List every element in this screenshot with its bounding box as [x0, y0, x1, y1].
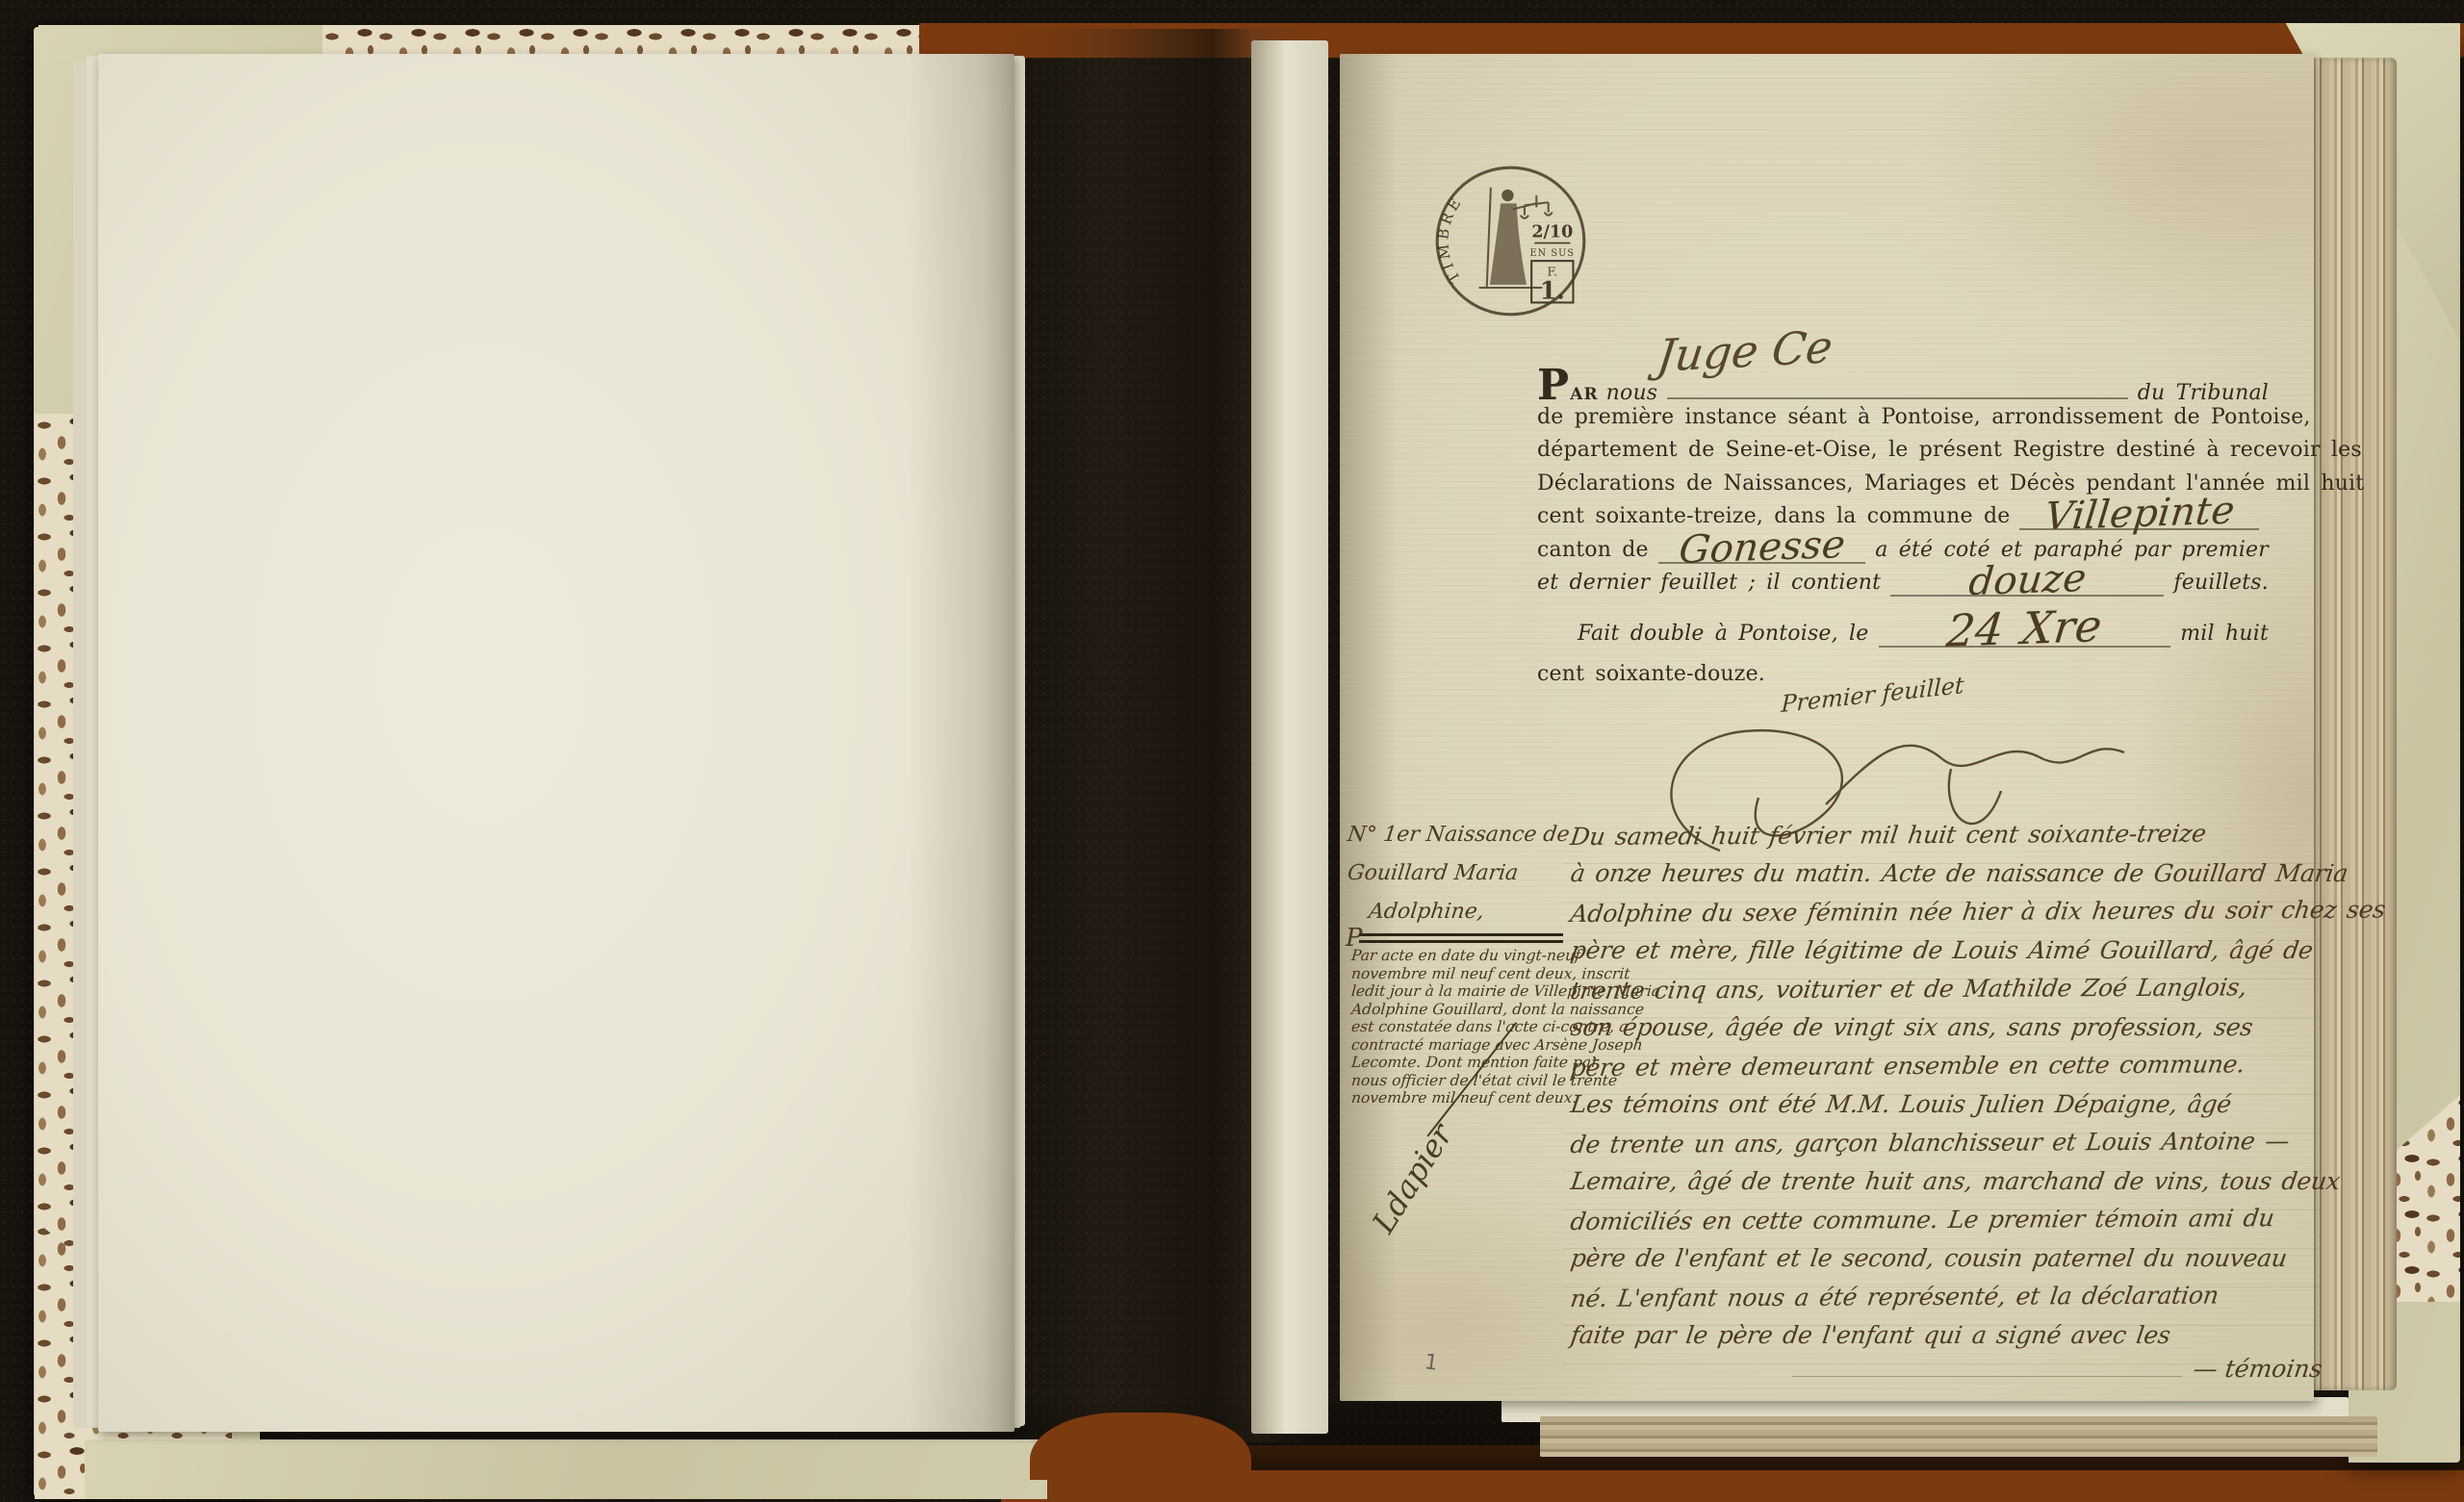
- svg-text:2/10: 2/10: [1531, 222, 1573, 242]
- timbre-fiscal-stamp: TIMBRE 2/10 EN SUS F. 1.: [1431, 162, 1590, 320]
- header-line-5: cent soixante-treize, dans la commune de…: [1537, 504, 2269, 538]
- fill-in-blank-commune: Villepinte: [2019, 504, 2259, 530]
- left-blank-page: [98, 54, 1014, 1432]
- drop-cap: P: [1537, 371, 1569, 400]
- act-line: trente cinq ans, voiturier et de Mathild…: [1568, 968, 2324, 1010]
- svg-text:1.: 1.: [1540, 276, 1565, 304]
- act-line: Du samedi huit février mil huit cent soi…: [1568, 814, 2324, 856]
- svg-text:EN SUS: EN SUS: [1529, 248, 1575, 259]
- act-margin-line: Gouillard Maria: [1346, 854, 1572, 893]
- birth-act-body: Du samedi huit février mil huit cent soi…: [1571, 816, 2322, 1355]
- strike-through-lines: [1359, 933, 1563, 947]
- act-line: à onze heures du matin. Acte de naissanc…: [1568, 854, 2324, 893]
- act-line: né. L'enfant nous a été représenté, et l…: [1568, 1276, 2324, 1318]
- fill-in-blank-judge: [1667, 397, 2127, 399]
- act-line: père et mère, fille légitime de Louis Ai…: [1568, 931, 2324, 970]
- act-line: domiciliés en cette commune. Le premier …: [1568, 1199, 2324, 1241]
- cradle-top-rail: [919, 23, 2464, 58]
- header-line-1: PAR nous du Tribunal: [1537, 371, 2269, 405]
- handwritten-commune: Villepinte: [2044, 511, 2234, 518]
- gutter-flyleaf-edge: [1251, 40, 1328, 1434]
- header-line-6: canton de Gonesse a été coté et paraphé …: [1537, 538, 2269, 572]
- header-line-8: Fait double à Pontoise, le 24 Xre mil hu…: [1578, 622, 2269, 655]
- fill-in-blank-date: 24 Xre: [1879, 622, 2171, 648]
- act-line: faite par le père de l'enfant qui a sign…: [1568, 1316, 2324, 1355]
- witnesses-word: — témoins: [2191, 1355, 2323, 1383]
- act-line: père et mère demeurant ensemble en cette…: [1568, 1045, 2324, 1087]
- handwritten-canton: Gonesse: [1679, 545, 1844, 550]
- handwritten-judge-name: Juge Ce: [1655, 320, 1835, 382]
- right-register-page: TIMBRE 2/10 EN SUS F. 1.: [1340, 54, 2314, 1401]
- fill-in-blank-feuillets: douze: [1890, 571, 2164, 597]
- closing-rule: [1792, 1376, 2182, 1377]
- act-line: de trente un ans, garçon blanchisseur et…: [1568, 1122, 2324, 1164]
- fill-in-blank-canton: Gonesse: [1658, 538, 1866, 564]
- header-line-2: de première instance séant à Pontoise, a…: [1537, 405, 2269, 439]
- act-margin-line: Adolphine,: [1346, 893, 1572, 931]
- stamp-timbre-label: TIMBRE: [1434, 192, 1466, 286]
- header-line-7: et dernier feuillet ; il contient douze …: [1537, 571, 2269, 604]
- act-line: père de l'enfant et le second, cousin pa…: [1568, 1239, 2324, 1278]
- act-line: Lemaire, âgé de trente huit ans, marchan…: [1568, 1162, 2324, 1201]
- scanned-register-photo: TIMBRE 2/10 EN SUS F. 1.: [0, 0, 2464, 1502]
- cradle-wood-in-gutter: [1030, 1413, 1251, 1480]
- act-margin-heading: N° 1er Naissance deGouillard MariaAdolph…: [1347, 816, 1569, 931]
- act-line: Les témoins ont été M.M. Louis Julien Dé…: [1568, 1085, 2324, 1124]
- act-line: Adolphine du sexe féminin née hier à dix…: [1568, 891, 2324, 933]
- pencil-folio-number: 1: [1423, 1350, 1439, 1376]
- handwritten-feuillets-count: douze: [1968, 578, 2086, 582]
- header-line-3: département de Seine-et-Oise, le présent…: [1537, 438, 2269, 471]
- under-sheet-deckle-edges: [1540, 1416, 2377, 1457]
- stamp-value-block: 2/10 EN SUS F. 1.: [1529, 222, 1575, 304]
- act-margin-line: N° 1er Naissance de: [1346, 816, 1572, 854]
- bottom-cover-edge: [85, 1439, 1047, 1499]
- printed-register-header: PAR nous du Tribunal de première instanc…: [1537, 371, 2269, 696]
- witnesses-closing-row: — témoins: [1571, 1355, 2322, 1387]
- act-line: son épouse, âgée de vingt six ans, sans …: [1568, 1008, 2324, 1047]
- handwritten-date: 24 Xre: [1947, 625, 2102, 631]
